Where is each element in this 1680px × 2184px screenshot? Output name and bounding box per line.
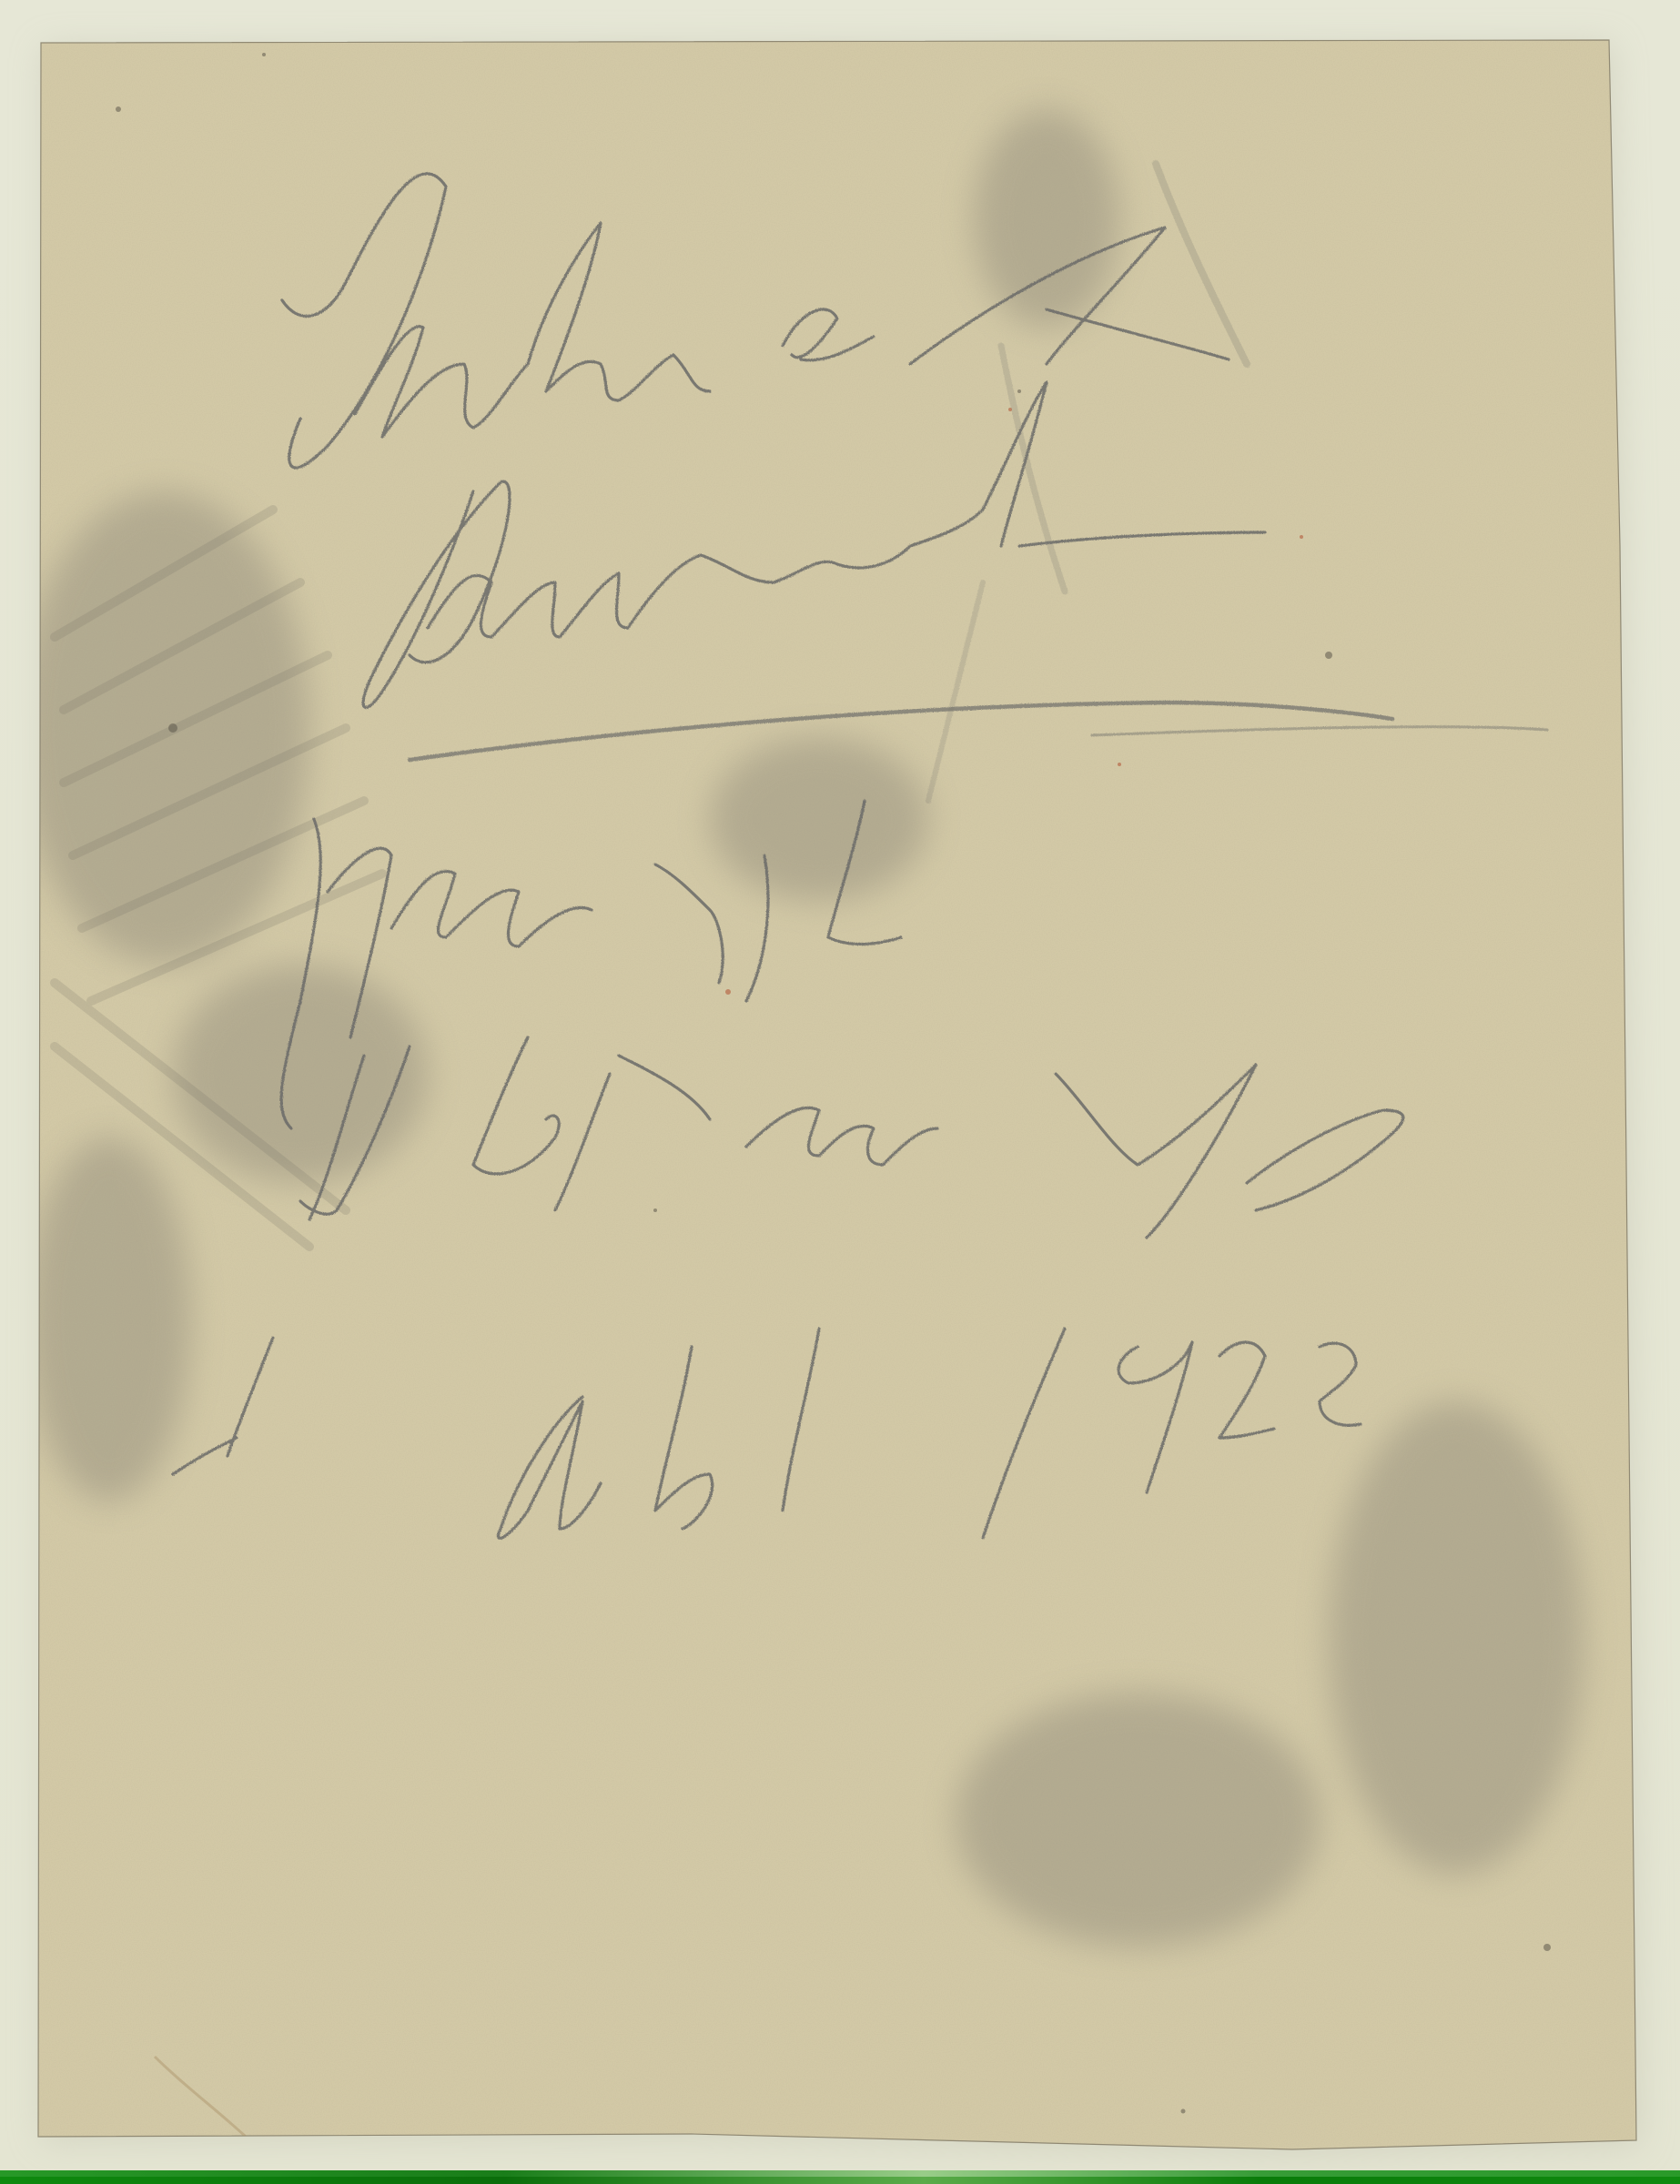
card-paper: Jankuc a k Barnavnuk Nytaruk Vt Dwvy 1 A…	[0, 0, 1680, 2170]
bottom-color-strip	[0, 2170, 1680, 2184]
